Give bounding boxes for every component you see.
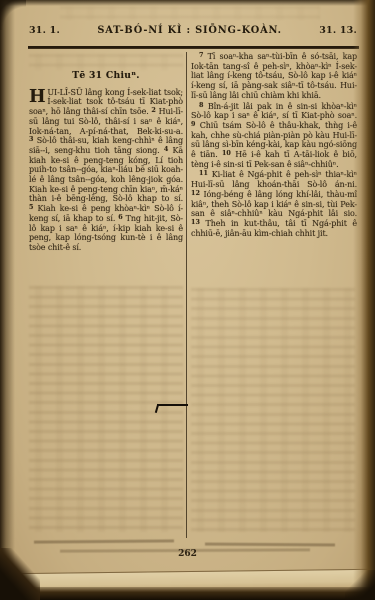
verse-number: 13 <box>191 218 200 226</box>
verse-paragraph: 7 Tī soaⁿ-kha saⁿ-tùi-bīn ê só-tsāi, kap… <box>191 52 357 101</box>
verse-number: 12 <box>191 189 200 197</box>
verse-number: 4 <box>164 145 168 153</box>
bleed-through-texture <box>29 286 183 532</box>
book-page: 31. 1. SAT-BÓ-NÍ KÌ : SIŌNG-KOÀN. 31. 13… <box>0 0 375 600</box>
verse-number: 5 <box>29 203 33 211</box>
verse-number: 2 <box>151 106 155 114</box>
running-title: SAT-BÓ-NÍ KÌ : SIŌNG-KOÀN. <box>97 25 281 36</box>
page-bottom-shadow <box>0 587 375 600</box>
ink-smudge <box>205 543 335 547</box>
left-column: Tē 31 Chiuⁿ. HUI-LÎ-SŪ lâng kong Í-sek-l… <box>29 52 183 254</box>
column-divider-rule <box>186 52 187 538</box>
header-left-page-ref: 31. 1. <box>29 25 60 36</box>
verse-number: 9 <box>191 120 195 128</box>
chapter-title: Tē 31 Chiuⁿ. <box>29 71 183 81</box>
header-rule <box>28 46 359 49</box>
verse-paragraph: HUI-LÎ-SŪ lâng kong Í-sek-liat tsok; Í-s… <box>29 88 183 253</box>
verse-number: 3 <box>29 135 33 143</box>
bleed-through-texture <box>60 6 320 20</box>
verse-text-run: UI-LÎ-SŪ lâng kong Í-sek-liat tsok; Í-se… <box>29 88 183 252</box>
page-header: 31. 1. SAT-BÓ-NÍ KÌ : SIŌNG-KOÀN. 31. 13… <box>29 25 357 36</box>
verse-paragraph: 11 Ki-liat ê Ngá-phit ê peh-sìⁿ thiaⁿ-kì… <box>191 170 357 238</box>
ink-smudge <box>34 539 174 543</box>
page-corner-bottom-left <box>0 548 40 600</box>
verse-number: 6 <box>118 213 122 221</box>
binding-gutter-shadow <box>0 0 15 600</box>
drop-cap: H <box>29 88 47 105</box>
page-corner-bottom-right <box>345 570 375 600</box>
verse-paragraph: 8 Bîn-á-jit lâi pak in ê sin-si khòaⁿ-kì… <box>191 102 357 170</box>
verse-number: 8 <box>199 101 203 109</box>
page-top-edge-shadow <box>0 0 375 6</box>
ink-mark <box>157 404 188 406</box>
header-right-page-ref: 31. 13. <box>319 25 357 36</box>
verse-number: 7 <box>199 51 203 59</box>
verse-number: 10 <box>222 149 231 157</box>
verse-number: 11 <box>199 169 208 177</box>
page-number: 262 <box>0 549 375 559</box>
bleed-through-texture <box>191 288 355 532</box>
page-right-edge <box>353 0 375 600</box>
right-column: 7 Tī soaⁿ-kha saⁿ-tùi-bīn ê só-tsāi, kap… <box>191 52 357 239</box>
page-corner-top-left <box>0 0 26 30</box>
